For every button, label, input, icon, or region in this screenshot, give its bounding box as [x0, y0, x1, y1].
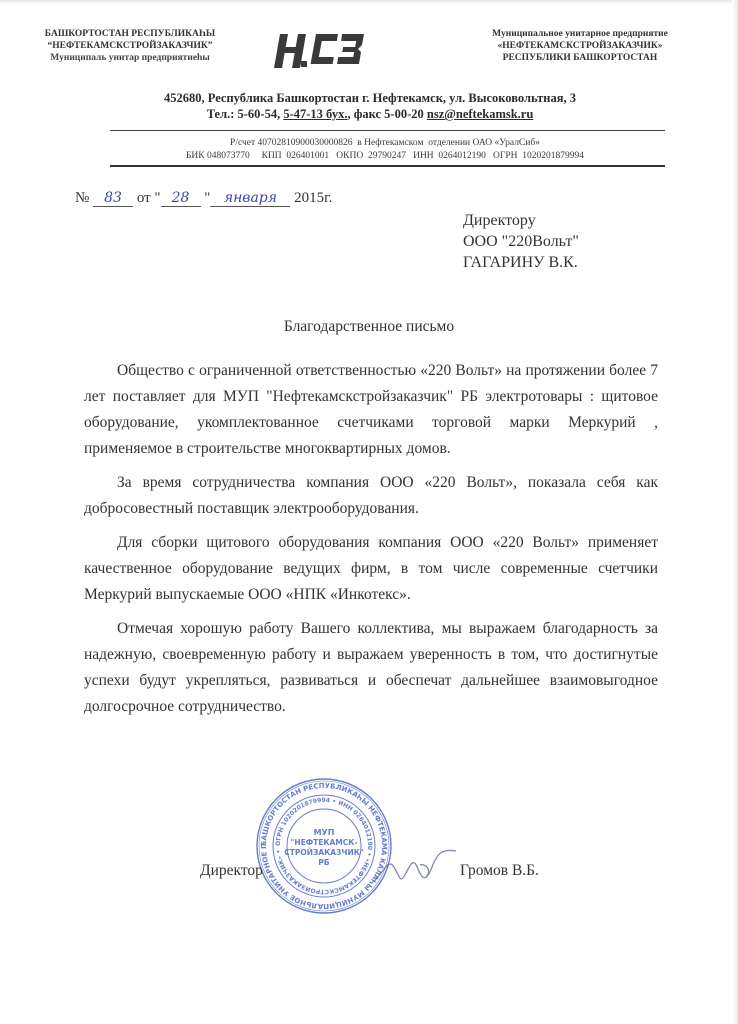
bank-account: Р/счет 40702810900030000826 в Нефтекамск…	[100, 137, 670, 150]
page-edge	[732, 0, 738, 1024]
letterhead-left-line3: Муниципаль унитар предприятиеһы	[30, 52, 230, 64]
handwritten-signature-icon	[370, 845, 460, 890]
letter-body: Общество с ограниченной ответственностью…	[84, 358, 658, 728]
bank-details: Р/счет 40702810900030000826 в Нефтекамск…	[100, 137, 670, 163]
letterhead-right: Муниципальное унитарное предприятие «НЕФ…	[470, 28, 690, 64]
page-edge	[0, 0, 738, 4]
letter-number: 83	[93, 190, 133, 207]
letterhead-left: БАШКОРТОСТАН РЕСПУБЛИКАҺЫ “НЕФТЕКАМСКСТР…	[30, 28, 230, 64]
paragraph: Отмечая хорошую работу Вашего коллектива…	[84, 616, 658, 720]
letter-title: Благодарственное письмо	[0, 318, 738, 336]
addressee-name: ГАГАРИНУ В.К.	[463, 252, 579, 273]
addressee: Директору ООО "220Вольт" ГАГАРИНУ В.К.	[463, 210, 579, 273]
addressee-position: Директору	[463, 210, 579, 231]
date-from-label: от "	[137, 190, 161, 206]
letterhead-right-line2: «НЕФТЕКАМСКСТРОЙЗАКАЗЧИК»	[470, 40, 690, 52]
paragraph: Для сборки щитового оборудования компани…	[84, 530, 658, 608]
svg-text:СТРОЙЗАКАЗЧИК": СТРОЙЗАКАЗЧИК"	[284, 848, 364, 857]
addressee-company: ООО "220Вольт"	[463, 231, 579, 252]
svg-text:МУП: МУП	[314, 828, 335, 837]
letter-reference: № 83 от "28 "января 2015г.	[75, 190, 332, 207]
date-month: января	[210, 190, 290, 207]
fax: , факс 5-00-20	[347, 107, 426, 121]
paragraph: Общество с ограниченной ответственностью…	[84, 358, 658, 462]
phone-accounting: 5-47-13 бух.	[283, 107, 347, 121]
email-link[interactable]: nsz@neftekamsk.ru	[427, 107, 533, 121]
postal-address: 452680, Республика Башкортостан г. Нефте…	[90, 90, 650, 106]
divider	[110, 165, 665, 167]
date-year: 2015г.	[294, 190, 332, 206]
svg-text:РБ: РБ	[318, 858, 329, 867]
date-day: 28	[161, 190, 201, 207]
signatory-name: Громов В.Б.	[460, 862, 539, 880]
number-label: №	[75, 190, 89, 206]
bank-codes: БИК 048073770 КПП 026401001 ОКПО 2979024…	[100, 150, 670, 163]
company-logo-icon	[270, 30, 370, 72]
contact-line: Тел.: 5-60-54, 5-47-13 бух., факс 5-00-2…	[90, 106, 650, 122]
svg-text:"НЕФТЕКАМСК-: "НЕФТЕКАМСК-	[290, 838, 357, 847]
letterhead-right-line3: РЕСПУБЛИКИ БАШКОРТОСТАН	[470, 52, 690, 64]
letterhead-left-line1: БАШКОРТОСТАН РЕСПУБЛИКАҺЫ	[30, 28, 230, 40]
divider	[110, 130, 665, 131]
paragraph: За время сотрудничества компания ООО «22…	[84, 470, 658, 522]
signatory-position: Директор	[200, 862, 263, 880]
phone-main: Тел.: 5-60-54,	[207, 107, 284, 121]
letterhead-address: 452680, Республика Башкортостан г. Нефте…	[90, 90, 650, 122]
letterhead-right-line1: Муниципальное унитарное предприятие	[470, 28, 690, 40]
letterhead-left-line2: “НЕФТЕКАМСКСТРОЙЗАКАЗЧИК”	[30, 40, 230, 52]
